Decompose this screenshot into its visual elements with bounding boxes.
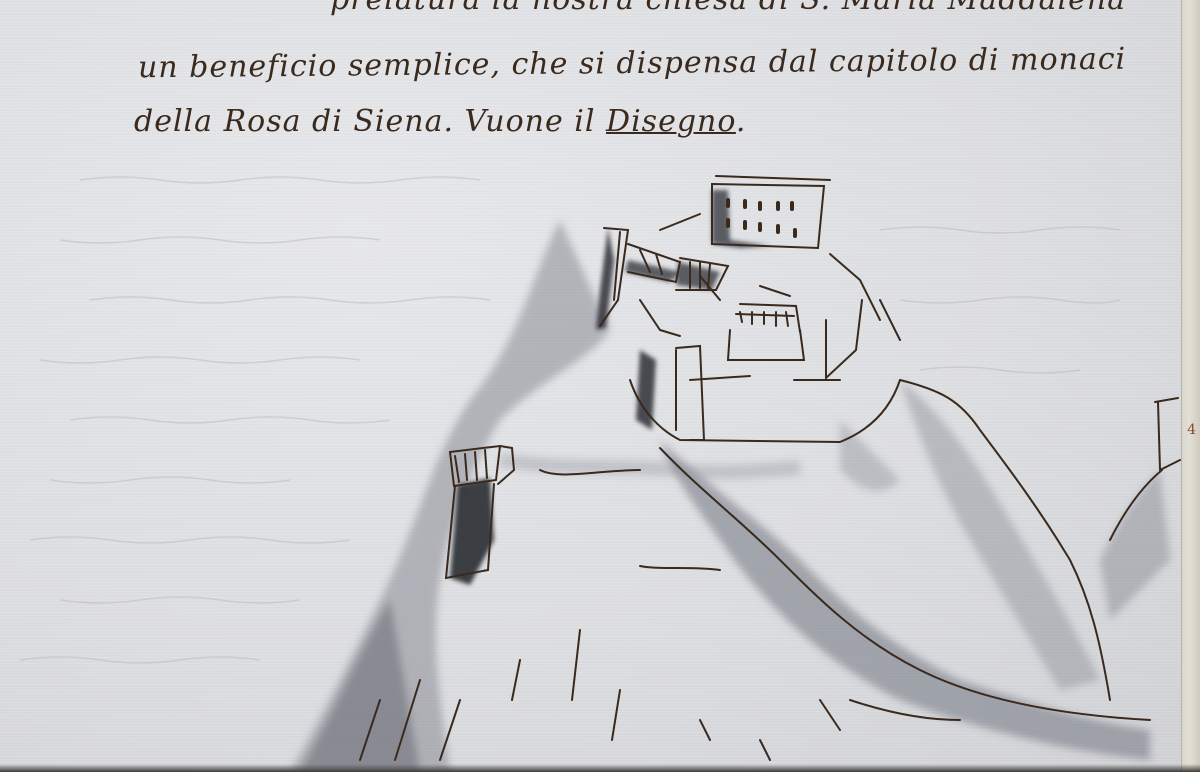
folio-number: 4 [1187,422,1196,438]
page-edge [1181,0,1200,772]
wash-layer [290,220,1170,772]
manuscript-page: prelatura la nostra chiesa di S. Maria M… [0,0,1200,772]
page-bottom-shadow [0,764,1200,772]
mountain-monastery-sketch [0,0,1200,772]
